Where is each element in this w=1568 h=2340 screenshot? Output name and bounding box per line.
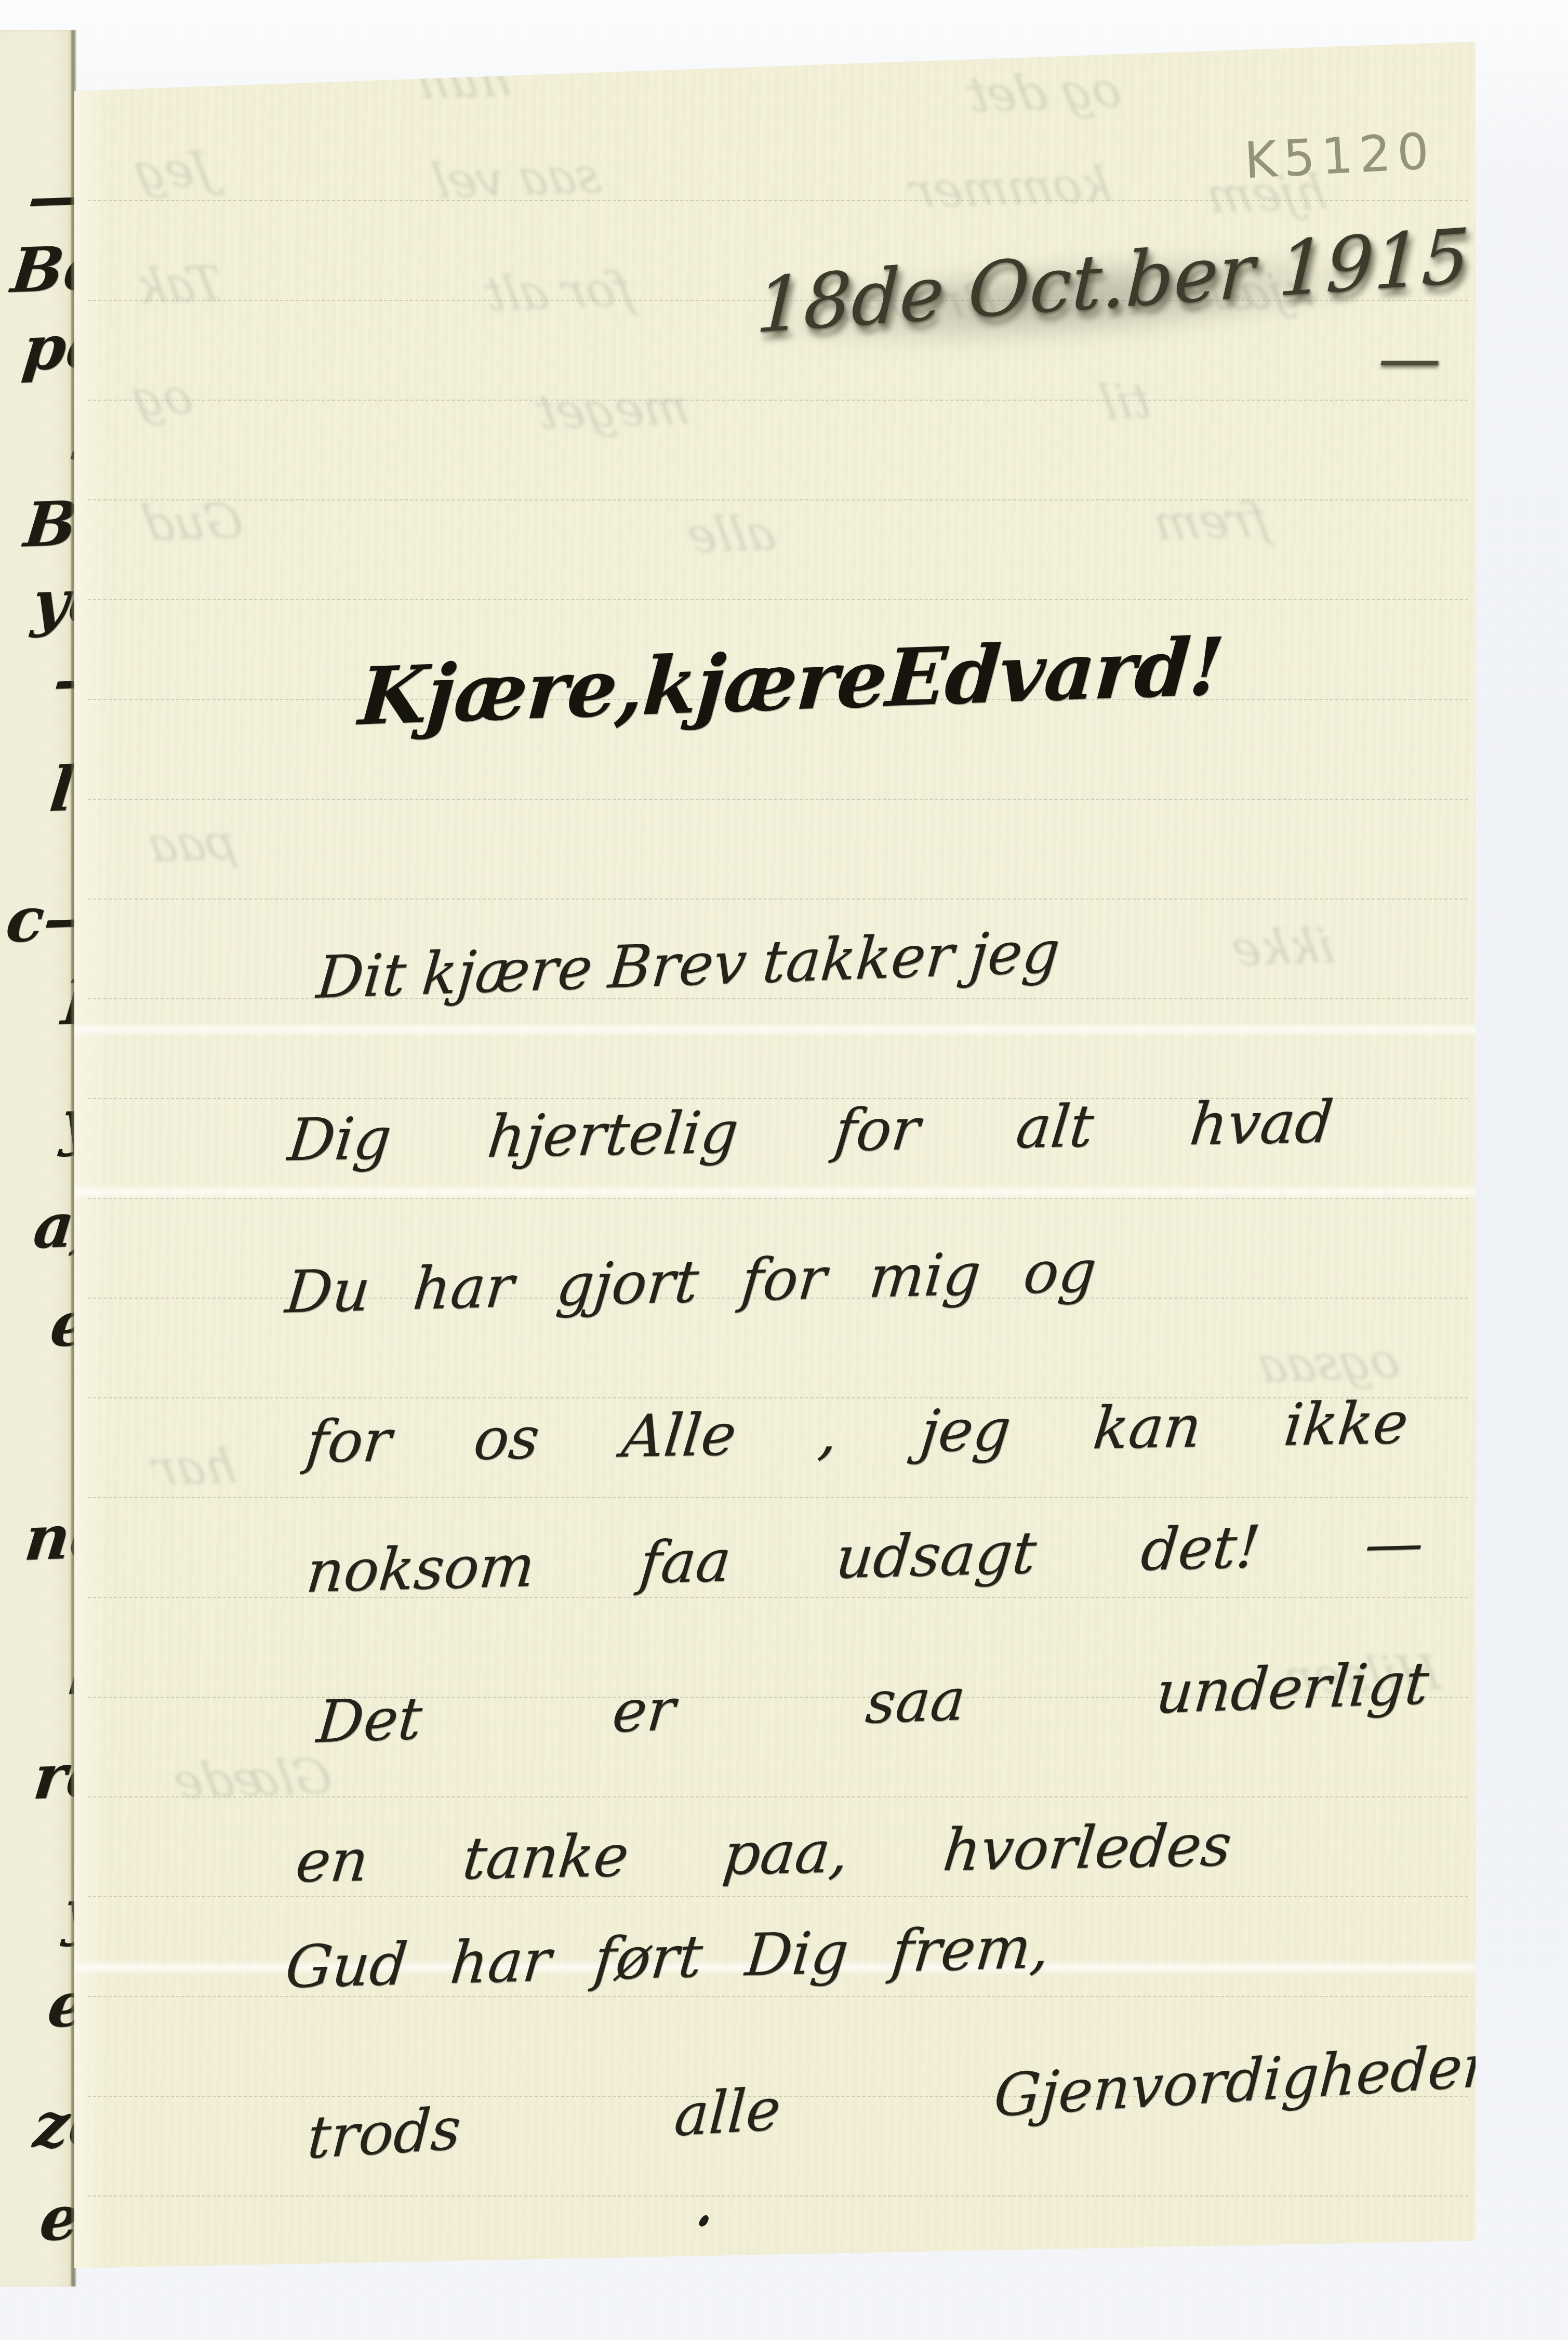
ghost-text: alle: [683, 505, 780, 563]
ruled-line: [88, 1497, 1468, 1498]
ghost-text: og det: [963, 62, 1125, 123]
body-word: ikke: [1281, 1389, 1411, 1459]
ghost-text: til: [1096, 374, 1155, 431]
body-word: hvorledes: [940, 1812, 1235, 1884]
body-word: for: [831, 1095, 923, 1165]
body-word: underligt: [1153, 1649, 1431, 1727]
letter-page: hun og det Jeg saa vel kommer hjem Tak f…: [74, 42, 1476, 2268]
ruled-line: [88, 1597, 1468, 1598]
edge-ink-fragment: no: [21, 1499, 74, 1575]
edge-ink-fragment: c—: [3, 881, 74, 957]
body-line-2: Dig hjertelig for alt hvad: [285, 1088, 1336, 1174]
body-word: hjertelig: [484, 1099, 741, 1171]
ruled-line: [88, 599, 1468, 600]
ghost-text: meget: [532, 379, 694, 440]
body-word: tanke: [460, 1822, 632, 1893]
body-word: —: [1362, 1509, 1427, 1578]
edge-ink-fragment: re: [30, 1739, 74, 1814]
body-word: ført: [591, 1923, 706, 1993]
salutation: Kjære, kjære Edvard!: [356, 623, 1121, 743]
body-word: hvad: [1187, 1088, 1336, 1158]
ghost-text: ogsaa: [1253, 1333, 1404, 1394]
salutation-word: kjære: [640, 631, 889, 733]
body-word: ,: [816, 1399, 841, 1468]
body-word: paa,: [720, 1818, 852, 1888]
body-word: kjære: [419, 934, 595, 1008]
body-word: Dig: [285, 1105, 394, 1174]
body-line-8: Gud har ført Dig frem,: [283, 1914, 1053, 2002]
deckled-edge: [74, 42, 107, 2268]
ghost-text: hun: [413, 51, 514, 110]
body-word: er: [610, 1676, 678, 1746]
fold-crease: [74, 1022, 1476, 1037]
body-word: Det: [314, 1685, 424, 1756]
ghost-text: Jeg: [129, 142, 217, 200]
body-word: Alle: [619, 1401, 739, 1471]
body-line-6: Det er saa underligt: [314, 1649, 1431, 1756]
body-word: saa: [863, 1666, 968, 1737]
edge-ink-fragment: ze: [30, 2087, 74, 2162]
body-line-4: for os Alle , jeg kan ikke: [303, 1389, 1411, 1476]
body-word: os: [471, 1405, 543, 1473]
body-word: og: [1020, 1237, 1099, 1307]
body-word: Dit: [314, 941, 409, 1012]
body-word: for: [303, 1407, 394, 1476]
body-word: udsagt: [833, 1519, 1039, 1592]
ghost-text: kommer: [906, 157, 1115, 219]
body-word: trods: [305, 2095, 463, 2172]
body-word: Gud: [283, 1931, 410, 2001]
body-line-7: en tanke paa, hvorledes: [293, 1812, 1234, 1896]
body-word: det!: [1138, 1513, 1263, 1584]
body-word: jeg: [917, 1396, 1014, 1465]
ghost-text: for alt: [480, 261, 637, 322]
body-word: for: [738, 1245, 829, 1315]
letter-scan: ) — Be pe g Bi ye – l. c— R y a) e no l …: [0, 0, 1568, 2340]
body-word: jeg: [967, 918, 1062, 989]
edge-ink-fragment: ye: [30, 564, 74, 639]
salutation-word: Kjære,: [356, 640, 646, 743]
ruled-line: [88, 1896, 1468, 1897]
torn-page-fragment: ) — Be pe g Bi ye – l. c— R y a) e no l …: [0, 30, 74, 2286]
edge-ink-fragment: Be: [8, 231, 74, 307]
ghost-text: har: [149, 1438, 241, 1497]
ghost-text: frem: [1149, 492, 1273, 551]
body-word: noksom: [303, 1532, 538, 1606]
ghost-text: Gud: [138, 493, 247, 552]
salutation-word: Edvard!: [883, 619, 1226, 724]
body-word: har: [410, 1253, 516, 1323]
body-word: har: [447, 1927, 554, 1997]
ruled-line: [88, 998, 1468, 999]
body-line-3: Du har gjort for mig og: [283, 1237, 1099, 1326]
edge-ink-fragment: pe: [20, 309, 74, 384]
edge-ink-fragment: Bi: [21, 486, 74, 561]
body-line-5: noksom faa udsagt det! —: [303, 1509, 1427, 1606]
body-line-9: trods alle Gjenvordigheder: [305, 2032, 1492, 2172]
ghost-text: Glæde: [169, 1749, 336, 1809]
body-word: Brev: [606, 929, 750, 1002]
body-word: frem,: [888, 1914, 1053, 1986]
ruled-line: [88, 898, 1468, 900]
body-word: alt: [1013, 1092, 1097, 1161]
edge-ink-fragment: —: [24, 159, 74, 233]
body-word: Du: [283, 1257, 373, 1327]
ghost-text: saa vel: [428, 148, 605, 209]
ruled-line: [88, 2196, 1468, 2197]
edge-ink-fragment: a): [30, 1188, 74, 1263]
date-line: 18de Oct.ber 1915 — 18de Oct.ber 1915 —: [754, 205, 1568, 350]
edge-ink-fragment: l.: [47, 752, 74, 826]
catalog-number: K5120: [1243, 122, 1437, 190]
body-word: gjort: [553, 1248, 701, 1319]
date-under-dash: —: [1378, 322, 1441, 394]
body-word: takker: [760, 922, 957, 996]
ghost-text: ikke: [1227, 918, 1338, 977]
ink-speck: [697, 2214, 711, 2228]
ruled-line: [88, 799, 1468, 800]
ghost-text: paa: [143, 814, 241, 872]
edge-ink-fragment: el: [37, 2180, 74, 2255]
body-word: mig: [866, 1240, 984, 1311]
body-word: alle: [672, 2075, 782, 2150]
fold-crease: [74, 1185, 1476, 1199]
edge-ink-fragment: e: [44, 1968, 74, 2042]
body-word: faa: [636, 1527, 734, 1597]
edge-ink-fragment: e: [47, 1287, 74, 1361]
body-word: en: [293, 1827, 371, 1896]
body-word: kan: [1090, 1393, 1204, 1462]
ruled-line: [88, 400, 1468, 401]
body-word: Dig: [742, 1919, 852, 1990]
ghost-text: og: [128, 369, 197, 426]
ghost-text: Tak: [132, 256, 227, 314]
body-word: Gjenvordigheder: [992, 2032, 1492, 2130]
